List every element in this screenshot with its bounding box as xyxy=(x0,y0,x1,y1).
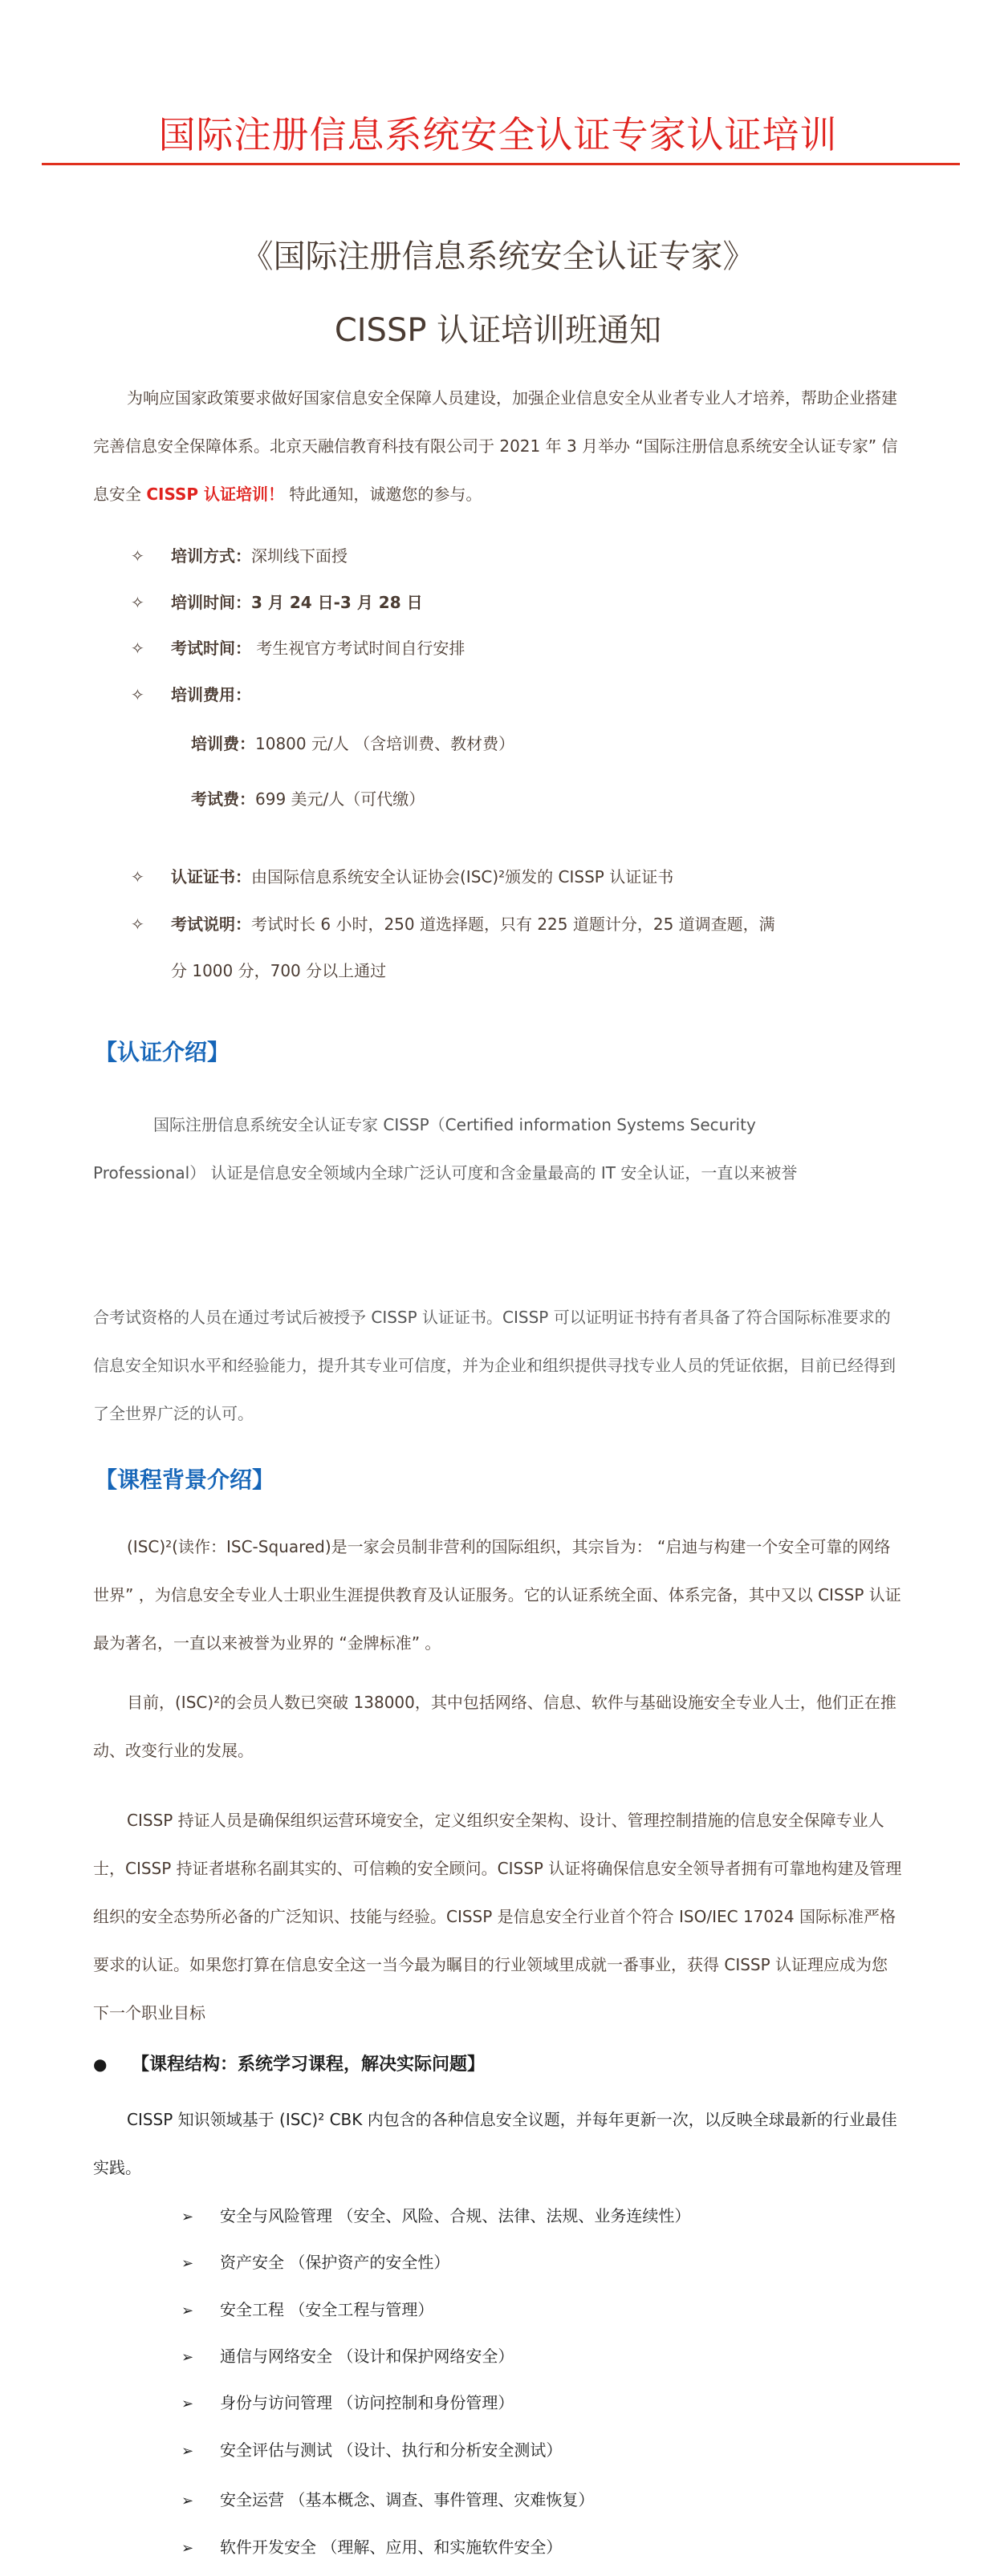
domain-label: 安全评估与测试 （设计、执行和分析安全测试） xyxy=(220,2440,562,2460)
detail-label: 培训时间： xyxy=(171,593,251,612)
fee-label: 培训费： xyxy=(191,734,255,753)
diamond-bullet-icon: ✧ xyxy=(131,865,171,889)
arrow-bullet-icon: ➢ xyxy=(181,2346,220,2370)
arrow-bullet-icon: ➢ xyxy=(181,2205,220,2229)
domain-item: ➢通信与网络安全 （设计和保护网络安全） xyxy=(181,2344,514,2370)
section-heading-cert-intro: 【认证介绍】 xyxy=(95,1035,230,1067)
arrow-bullet-icon: ➢ xyxy=(181,2252,220,2276)
intro-text-end: 特此通知，诚邀您的参与。 xyxy=(284,485,482,504)
structure-heading-text: 【课程结构：系统学习课程，解决实际问题】 xyxy=(132,2055,485,2075)
domain-item: ➢安全评估与测试 （设计、执行和分析安全测试） xyxy=(181,2438,562,2464)
domain-label: 安全与风险管理 （安全、风险、合规、法律、法规、业务连续性） xyxy=(220,2206,690,2225)
domain-label: 身份与访问管理 （访问控制和身份管理） xyxy=(220,2393,514,2412)
structure-heading: ●【课程结构：系统学习课程，解决实际问题】 xyxy=(93,2051,485,2075)
intro-paragraph: 为响应国家政策要求做好国家信息安全保障人员建设，加强企业信息安全从业者专业人才培… xyxy=(93,374,904,518)
domain-label: 通信与网络安全 （设计和保护网络安全） xyxy=(220,2347,514,2366)
domain-item: ➢安全运营 （基本概念、调查、事件管理、灾难恢复） xyxy=(181,2488,594,2513)
diamond-bullet-icon: ✧ xyxy=(131,636,171,660)
fee-value: 10800 元/人 （含培训费、教材费） xyxy=(255,734,514,753)
cert-intro-line1: 国际注册信息系统安全认证专家 CISSP（Certified informati… xyxy=(93,1101,904,1149)
background-paragraph-2: 目前，(ISC)²的会员人数已突破 138000，其中包括网络、信息、软件与基础… xyxy=(93,1678,904,1775)
detail-value: 考试时长 6 小时，250 道选择题，只有 225 道题计分，25 道调查题，满 xyxy=(251,915,775,934)
detail-value: 3 月 24 日-3 月 28 日 xyxy=(251,593,423,612)
detail-item-certificate: ✧认证证书：由国际信息系统安全认证协会(ISC)²颁发的 CISSP 认证证书 xyxy=(131,865,673,889)
arrow-bullet-icon: ➢ xyxy=(181,2489,220,2513)
detail-label: 培训费用： xyxy=(171,685,251,704)
intro-highlight: CISSP 认证培训！ xyxy=(146,485,284,504)
section-heading-background: 【课程背景介绍】 xyxy=(95,1462,274,1495)
background-paragraph-3: CISSP 持证人员是确保组织运营环境安全，定义组织安全架构、设计、管理控制措施… xyxy=(93,1796,904,2037)
detail-item-training-mode: ✧培训方式：深圳线下面授 xyxy=(131,544,348,568)
domain-label: 资产安全 （保护资产的安全性） xyxy=(220,2253,449,2272)
domain-label: 安全运营 （基本概念、调查、事件管理、灾难恢复） xyxy=(220,2490,594,2509)
domain-item: ➢安全工程 （安全工程与管理） xyxy=(181,2298,433,2323)
doc-title-line1: 《国际注册信息系统安全认证专家》 xyxy=(0,231,996,277)
doc-title-line2: CISSP 认证培训班通知 xyxy=(0,305,996,351)
detail-label: 考试说明： xyxy=(171,915,251,934)
detail-value: 分 1000 分，700 分以上通过 xyxy=(171,961,386,980)
domain-item: ➢安全与风险管理 （安全、风险、合规、法律、法规、业务连续性） xyxy=(181,2204,690,2229)
detail-label: 考试时间： xyxy=(171,639,251,658)
domain-label: 软件开发安全 （理解、应用、和实施软件安全） xyxy=(220,2537,562,2557)
header-divider xyxy=(42,163,960,165)
detail-item-fees: ✧培训费用： xyxy=(131,683,251,707)
cert-intro-line2: Professional） 认证是信息安全领域内全球广泛认可度和含金量最高的 I… xyxy=(93,1149,904,1197)
structure-intro: CISSP 知识领域基于 (ISC)² CBK 内包含的各种信息安全议题，并每年… xyxy=(93,2095,904,2192)
fee-training: 培训费：10800 元/人 （含培训费、教材费） xyxy=(191,732,514,756)
diamond-bullet-icon: ✧ xyxy=(131,912,171,936)
detail-value: 由国际信息系统安全认证协会(ISC)²颁发的 CISSP 认证证书 xyxy=(251,867,673,886)
detail-item-exam-info-cont: 分 1000 分，700 分以上通过 xyxy=(171,959,386,983)
detail-item-exam-time: ✧考试时间： 考生视官方考试时间自行安排 xyxy=(131,636,465,660)
cert-intro-paragraph2: 合考试资格的人员在通过考试后被授予 CISSP 认证证书。CISSP 可以证明证… xyxy=(93,1293,904,1438)
arrow-bullet-icon: ➢ xyxy=(181,2537,220,2561)
fee-value: 699 美元/人（可代缴） xyxy=(255,789,425,809)
detail-value: 考生视官方考试时间自行安排 xyxy=(251,639,465,658)
arrow-bullet-icon: ➢ xyxy=(181,2299,220,2323)
domain-item: ➢软件开发安全 （理解、应用、和实施软件安全） xyxy=(181,2535,562,2561)
header-title: 国际注册信息系统安全认证专家认证培训 xyxy=(0,106,996,159)
detail-label: 培训方式： xyxy=(171,546,251,566)
fee-exam: 考试费：699 美元/人（可代缴） xyxy=(191,787,425,811)
detail-value: 深圳线下面授 xyxy=(251,546,348,566)
domain-item: ➢身份与访问管理 （访问控制和身份管理） xyxy=(181,2391,514,2416)
fee-label: 考试费： xyxy=(191,789,255,809)
diamond-bullet-icon: ✧ xyxy=(131,544,171,568)
diamond-bullet-icon: ✧ xyxy=(131,683,171,707)
domain-item: ➢资产安全 （保护资产的安全性） xyxy=(181,2250,449,2276)
detail-item-training-time: ✧培训时间：3 月 24 日-3 月 28 日 xyxy=(131,590,423,615)
detail-label: 认证证书： xyxy=(171,867,251,886)
detail-item-exam-info: ✧考试说明：考试时长 6 小时，250 道选择题，只有 225 道题计分，25 … xyxy=(131,912,775,936)
arrow-bullet-icon: ➢ xyxy=(181,2392,220,2416)
bullet-dot-icon: ● xyxy=(93,2055,132,2074)
arrow-bullet-icon: ➢ xyxy=(181,2440,220,2464)
background-paragraph-1: (ISC)²(读作：ISC-Squared)是一家会员制非营利的国际组织，其宗旨… xyxy=(93,1523,904,1667)
diamond-bullet-icon: ✧ xyxy=(131,590,171,615)
domain-label: 安全工程 （安全工程与管理） xyxy=(220,2300,433,2319)
